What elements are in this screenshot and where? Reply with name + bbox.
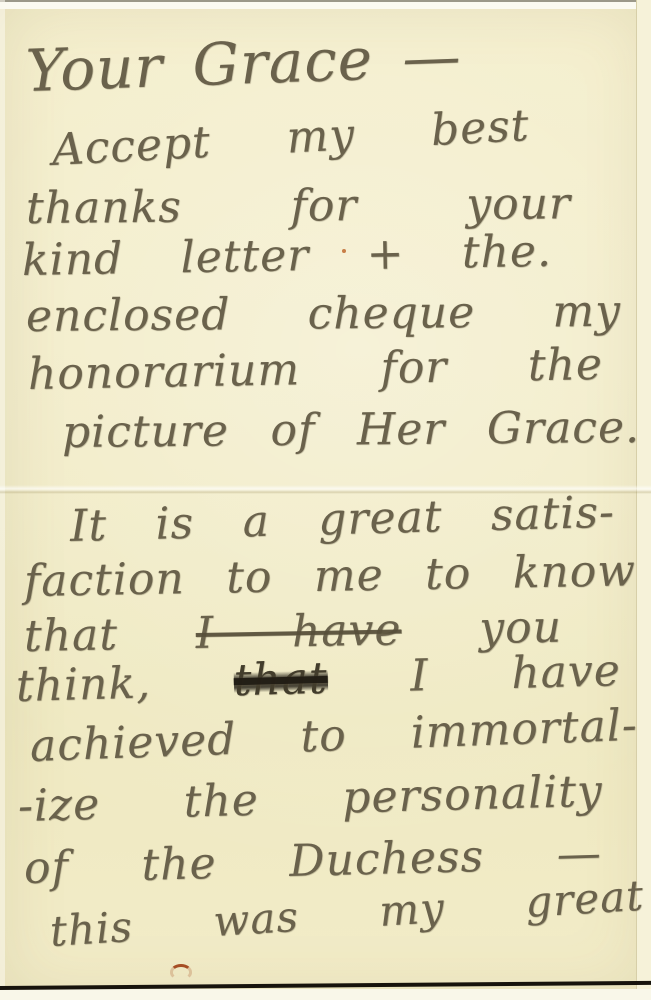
letter-text: Your Grace — [25, 22, 463, 105]
letter-text: enclosed cheque my [26, 286, 621, 342]
scanned-letter: Your Grace —Accept my bestthanks for you… [0, 0, 651, 1000]
letter-text: It is a great satis- [69, 487, 615, 552]
letter-line: enclosed cheque my [26, 287, 621, 343]
letter-line: achieved to immortal- [29, 701, 638, 773]
letter-text: -ize the personality [17, 766, 603, 832]
letter-line: Accept my best [51, 101, 531, 177]
letter-text: achieved to immortal- [29, 700, 638, 772]
letter-text: thanks for your [26, 178, 571, 234]
letter-line: honorarium for the [28, 340, 604, 401]
letter-line: kind letter + the. [22, 227, 553, 287]
letter-text: Accept my best [51, 100, 531, 176]
letter-text: I have [327, 645, 622, 704]
struck-text: that [233, 653, 328, 706]
letter-text: think, [15, 655, 234, 712]
letter-text: picture of Her Grace. [62, 402, 640, 458]
letter-text: honorarium for the [28, 339, 604, 400]
letter-text: faction to me to know [24, 545, 637, 607]
letter-line: picture of Her Grace. [62, 403, 640, 459]
letter-line: faction to me to know [24, 546, 637, 607]
letter-line: -ize the personality [17, 767, 603, 833]
letter-text: kind letter + the. [22, 226, 553, 286]
letter-text: that [24, 608, 197, 662]
letter-line: Your Grace — [25, 24, 429, 105]
paper-speck [342, 249, 346, 253]
letter-body: Your Grace —Accept my bestthanks for you… [0, 0, 651, 1000]
letter-line: It is a great satis- [69, 488, 615, 553]
red-stain-mark [170, 964, 192, 980]
